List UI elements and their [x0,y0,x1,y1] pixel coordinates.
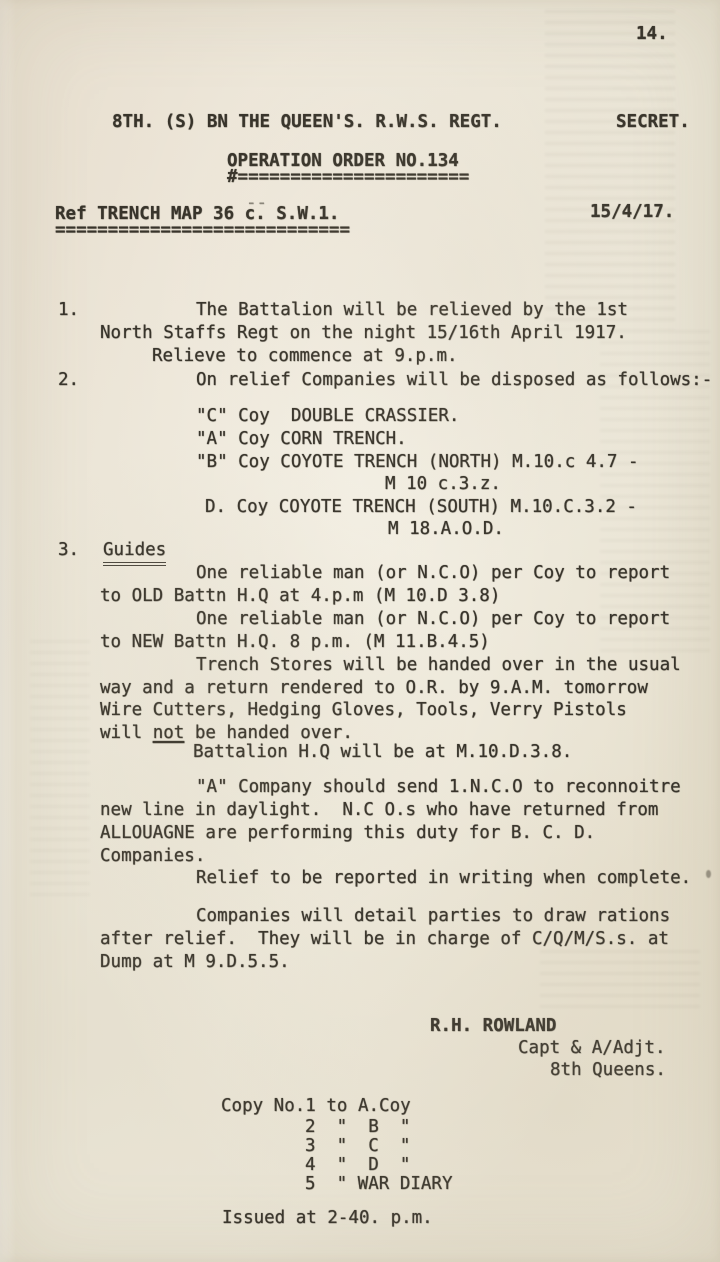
stores-line-2: way and a return rendered to O.R. by 9.A… [100,678,648,699]
signature-name: R.H. ROWLAND [430,1016,556,1037]
disposition-d-coy-2: M 18.A.O.D. [388,519,504,540]
guides-line-4: to NEW Battn H.Q. 8 p.m. (M 11.B.4.5) [100,632,490,653]
text-segment: will [100,723,153,743]
rations-line-2: after relief. They will be in charge of … [100,929,669,950]
distribution-copy-4: 4 " D " [305,1155,410,1176]
page-number: 14. [636,24,668,45]
para-1-line-2: North Staffs Regt on the night 15/16th A… [100,323,627,344]
recon-line-2: new line in daylight. N.C O.s who have r… [100,800,658,821]
para-1-line-3: Relieve to commence at 9.p.m. [152,346,458,367]
document-page: 14.8TH. (S) BN THE QUEEN'S. R.W.S. REGT.… [0,0,720,1262]
stores-line-1: Trench Stores will be handed over in the… [196,655,681,676]
disposition-b-coy: "B" Coy COYOTE TRENCH (NORTH) M.10.c 4.7… [196,452,639,473]
date: 15/4/17. [590,202,674,223]
relief-report: Relief to be reported in writing when co… [196,868,691,889]
rations-line-3: Dump at M 9.D.5.5. [100,952,290,973]
bleed-through-texture [545,10,675,330]
stores-line-3: Wire Cutters, Hedging Gloves, Tools, Ver… [100,700,627,721]
signature-unit: 8th Queens. [550,1060,666,1081]
disposition-b-coy-2: M 10 c.3.z. [385,474,501,495]
recon-line-1: "A" Company should send 1.N.C.O to recon… [196,777,681,798]
recon-line-3: ALLOUAGNE are performing this duty for B… [100,823,595,844]
bleed-through-texture [540,950,700,1010]
distribution-copy-2: 2 " B " [305,1117,410,1138]
classification: SECRET. [616,112,690,133]
item-1-number: 1. [58,300,79,321]
guides-line-3: One reliable man (or N.C.O) per Coy to r… [196,609,670,630]
item-3-number: 3. [58,540,79,561]
stores-line-4: will not be handed over. [100,723,353,744]
disposition-a-coy: "A" Coy CORN TRENCH. [196,429,407,450]
rations-line-1: Companies will detail parties to draw ra… [196,906,670,927]
order-title-underline: #====================== [227,167,469,188]
ink-smudge [706,870,711,878]
section-3-heading: Guides [103,540,166,566]
guides-line-1: One reliable man (or N.C.O) per Coy to r… [196,563,670,584]
map-reference-underline: ============================ [55,220,350,241]
para-1-line-1: The Battalion will be relieved by the 1s… [196,300,628,321]
issued-time: Issued at 2-40. p.m. [222,1208,433,1229]
item-2-number: 2. [58,370,79,391]
signature-rank: Capt & A/Adjt. [518,1038,666,1059]
unit-title: 8TH. (S) BN THE QUEEN'S. R.W.S. REGT. [112,112,502,133]
guides-line-2: to OLD Battn H.Q at 4.p.m (M 10.D 3.8) [100,586,500,607]
distribution-copy-5: 5 " WAR DIARY [305,1174,453,1195]
recon-line-4: Companies. [100,846,205,867]
bleed-through-texture [30,640,90,900]
hq-location: Battalion H.Q will be at M.10.D.3.8. [193,742,572,763]
disposition-d-coy: D. Coy COYOTE TRENCH (SOUTH) M.10.C.3.2 … [205,497,637,518]
distribution-copy-3: 3 " C " [305,1136,410,1157]
para-2-line-1: On relief Companies will be disposed as … [196,370,712,391]
disposition-c-coy: "C" Coy DOUBLE CRASSIER. [196,406,459,427]
underlined-word: not [153,723,185,743]
distribution-copy-1: Copy No.1 to A.Coy [221,1096,411,1117]
text-segment: be handed over. [184,723,353,743]
